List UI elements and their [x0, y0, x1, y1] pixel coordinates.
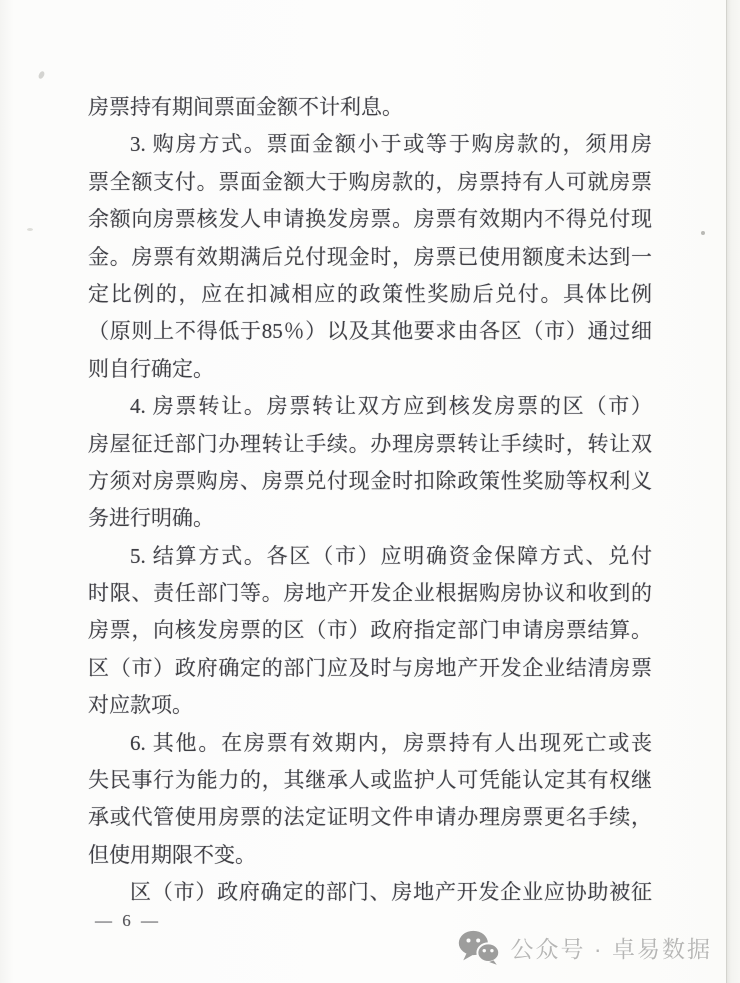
document-line: 金。房票有效期满后兑付现金时，房票已使用额度未达到一	[88, 239, 652, 276]
document-line: 务进行明确。	[88, 500, 652, 537]
document-line: 房票，向核发房票的区（市）政府指定部门申请房票结算。	[88, 612, 652, 649]
document-line: 区（市）政府确定的部门、房地产开发企业应协助被征	[88, 874, 652, 911]
document-line: 但使用期限不变。	[88, 837, 652, 874]
document-line: 区（市）政府确定的部门应及时与房地产开发企业结清房票	[88, 650, 652, 687]
document-line: 房票持有期间票面金额不计利息。	[88, 89, 652, 126]
document-line: 方须对房票购房、房票兑付现金时扣除政策性奖励等权利义	[88, 463, 652, 500]
scan-artifact	[37, 70, 45, 79]
wechat-icon	[458, 929, 500, 965]
document-line: （原则上不得低于85％）以及其他要求由各区（市）通过细	[88, 313, 652, 350]
document-line: 票全额支付。票面金额大于购房款的，房票持有人可就房票	[88, 164, 652, 201]
document-line: 房屋征迁部门办理转让手续。办理房票转让手续时，转让双	[88, 426, 652, 463]
page-number: — 6 —	[95, 911, 161, 931]
document-line: 4. 房票转让。房票转让双方应到核发房票的区（市）	[88, 388, 652, 425]
document-line: 6. 其他。在房票有效期内，房票持有人出现死亡或丧	[88, 725, 652, 762]
document-line: 5. 结算方式。各区（市）应明确资金保障方式、兑付	[88, 538, 652, 575]
document-line: 余额向房票核发人申请换发房票。房票有效期内不得兑付现	[88, 201, 652, 238]
document-line: 时限、责任部门等。房地产开发企业根据购房协议和收到的	[88, 575, 652, 612]
scan-edge-shadow	[726, 0, 740, 983]
document-line: 则自行确定。	[88, 351, 652, 388]
scan-artifact	[27, 228, 33, 231]
scan-artifact	[701, 231, 705, 235]
document-line: 定比例的，应在扣减相应的政策性奖励后兑付。具体比例	[88, 276, 652, 313]
document-line: 3. 购房方式。票面金额小于或等于购房款的，须用房	[88, 126, 652, 163]
scanned-document-page: 房票持有期间票面金额不计利息。3. 购房方式。票面金额小于或等于购房款的，须用房…	[0, 0, 740, 983]
document-line: 对应款项。	[88, 687, 652, 724]
document-body: 房票持有期间票面金额不计利息。3. 购房方式。票面金额小于或等于购房款的，须用房…	[88, 89, 652, 912]
document-line: 失民事行为能力的，其继承人或监护人可凭能认定其有权继	[88, 762, 652, 799]
watermark: 公众号 · 卓易数据	[458, 929, 712, 965]
watermark-text: 公众号 · 卓易数据	[511, 931, 712, 964]
document-line: 承或代管使用房票的法定证明文件申请办理房票更名手续，	[88, 799, 652, 836]
